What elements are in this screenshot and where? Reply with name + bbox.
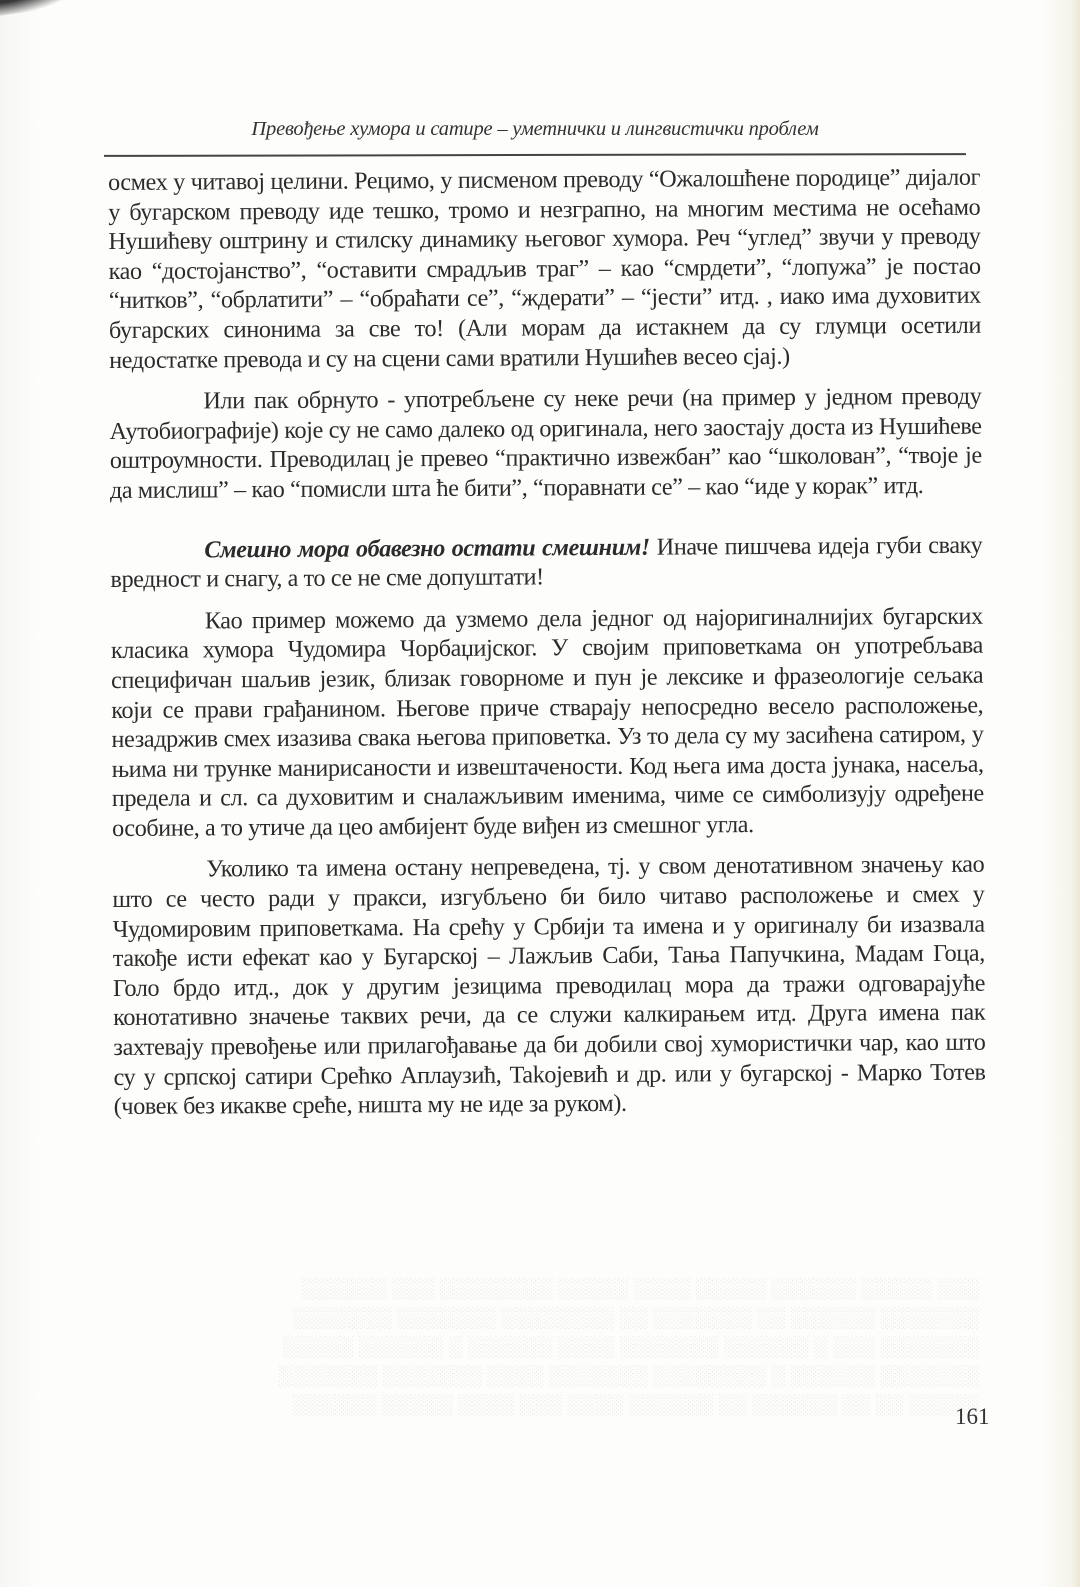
page-number: 161 <box>955 1404 990 1430</box>
reverse-side-show-through: ░░░ ░░░░░ ░░░░░░ ░░░░░ ░░░░ ░░░░░ ░░░░░░… <box>150 1275 980 1420</box>
scanned-book-page: Превођење хумора и сатире – уметнички и … <box>0 0 1080 1587</box>
paragraph-2: Или пак обрнуто - употребљене су неке ре… <box>109 382 982 506</box>
body-text: осмех у читавој целини. Рецимо, у писмен… <box>108 163 986 1122</box>
paragraph-4: Као пример можемо да узмемо дела једног … <box>111 601 984 843</box>
emphasized-phrase: Смешно мора обавезно остати смешним! <box>204 533 650 563</box>
paragraph-1: осмех у читавој целини. Рецимо, у писмен… <box>108 163 981 375</box>
scan-corner-shadow <box>0 0 92 21</box>
paragraph-5: Уколико та имена остану непреведена, тј.… <box>112 850 986 1122</box>
paragraph-3: Смешно мора обавезно остати смешним! Ина… <box>110 530 982 595</box>
running-head: Превођење хумора и сатире – уметнички и … <box>104 118 966 141</box>
header-rule <box>104 153 966 156</box>
